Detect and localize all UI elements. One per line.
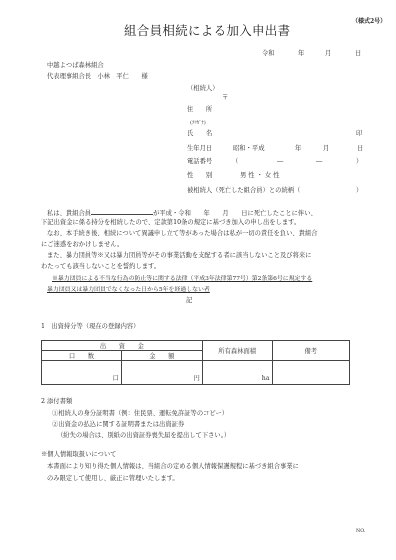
footnote-line-2: 暴力団員又は暴力団員でなくなった日から5年を経過しない者 [47,286,210,294]
header-amount: 金 額 [121,351,202,361]
phone-close: ） [356,158,362,166]
header-units: 口 数 [42,351,122,361]
furigana-label: (ﾌﾘｶﾞﾅ) [190,119,206,126]
paragraph-2-line-2: にご迷惑をおかけしません。 [41,241,123,249]
privacy-heading: ※個人情報取扱いについて [41,451,116,459]
paragraph-3-line-1: また、暴力団員等※又は暴力団員等がその事業活動を支配する者に該当しないこと及び将… [47,252,311,260]
document-title: 組合員相続による加入申出書 [124,21,290,39]
relation-label: 被相続人（死亡した組合員）との続柄（ [187,187,300,195]
relation-close: ） [356,187,362,195]
date-year: 年 [298,50,304,58]
applicant-heading: （相続人） [187,85,218,93]
seal-mark: 印 [356,130,362,138]
postal-mark[interactable]: 〒 [222,94,228,102]
phone-open: （ [232,158,238,166]
deceased-member-name-field[interactable] [91,208,153,215]
phone-dash-2: ― [316,158,322,166]
area-suffix: ha [262,375,270,382]
privacy-line-1: 本書面により知り得た個人情報は、当組合の定める個人情報保護規程に基づき組合事業に [47,463,299,471]
shares-table: 出 資 金 所有森林面積 備考 口 数 金 額 口 円 ha [41,340,350,385]
address-label: 住 所 [187,106,212,114]
paragraph-3-line-2: わたっても該当しないことを誓約します。 [41,263,160,271]
document-number-label: NO. [356,529,365,534]
birthdate-label: 生年月日 [187,145,212,153]
addressee-organization: 中越よつば森林組合 [47,62,104,70]
paragraph-1-line-2: 下記出資金に係る持分を相続したので、定款第10条の規定に基づき加入の申し出をしま… [41,219,300,227]
header-forest-area: 所有森林面積 [202,341,272,361]
phone-label: 電話番号 [187,158,212,166]
phone-dash-1: ― [277,158,283,166]
footnote-line-1: ※暴力団員による不当な行為の防止等に関する法律（平成3年法律第77号）第2条第6… [52,275,312,283]
attachment-item-2-note: （紛失の場合は、別紙の出資証券喪失届を提出して下さい。） [57,432,230,440]
birthdate-day: 日 [357,145,363,153]
amount-suffix: 円 [193,375,199,382]
birthdate-month: 月 [323,145,329,153]
units-suffix: 口 [113,375,119,382]
paragraph-1-line-1: 私は、貴組合員が平成・令和 年 月 日に死亡したことに伴い、 [47,208,317,218]
units-cell[interactable]: 口 [42,361,122,385]
header-remarks: 備考 [272,341,349,361]
p1-prefix: 私は、貴組合員 [47,210,91,217]
amount-cell[interactable]: 円 [121,361,202,385]
attachment-item-2: ②出資金の払込に関する証明書または出資証券 [52,421,184,429]
name-label: 氏 名 [187,130,212,138]
remarks-cell[interactable] [272,361,349,385]
forest-area-cell[interactable]: ha [202,361,272,385]
paragraph-2-line-1: なお、本手続き後、相続について異議申し立て等があった場合は私が一切の責任を負い、… [47,230,318,238]
birthdate-eras[interactable]: 昭和・平成 [233,145,264,153]
section-1-heading: 1 出資持分等（現在の登録内容） [41,323,139,331]
addressee-representative: 代表理事組合長 小林 平仁 様 [47,73,148,81]
privacy-line-2: のみ限定して使用し、厳正に管理いたします。 [47,475,179,483]
gender-label: 性 別 [187,172,212,180]
p1-suffix: が平成・令和 年 月 日に死亡したことに伴い、 [153,210,317,217]
header-capital: 出 資 金 [42,341,203,351]
date-day: 日 [355,50,361,58]
attachment-item-1: ①相続人の身分証明書（例：住民票、運転免許証等のコピー） [52,410,228,418]
ki-heading: 記 [186,297,192,305]
section-2-heading: 2 添付書類 [41,398,72,406]
date-month: 月 [325,50,331,58]
birthdate-year: 年 [295,145,301,153]
date-era: 令和 [262,50,275,58]
form-number: （様式2号） [352,16,386,25]
gender-options[interactable]: 男 性 ・ 女 性 [240,172,280,180]
